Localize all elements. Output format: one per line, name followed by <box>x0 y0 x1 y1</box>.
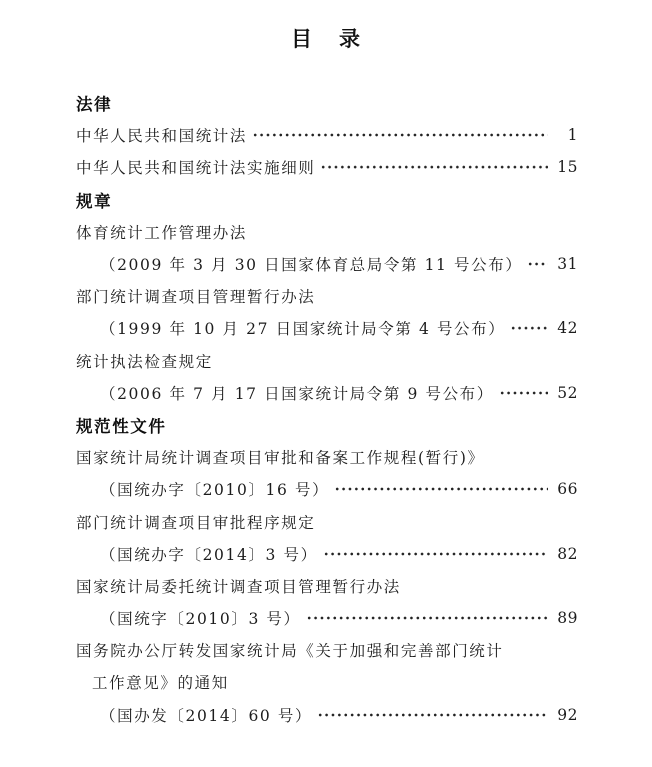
toc-entry-line: （国统字〔2010〕3 号）89 <box>76 602 578 634</box>
toc-entry-line: 工作意见》的通知 <box>76 666 578 698</box>
page-number: 92 <box>556 706 578 724</box>
toc-entry-line: 中华人民共和国统计法1 <box>76 119 578 151</box>
page-number: 52 <box>556 384 578 402</box>
toc-entry-line: （2009 年 3 月 30 日国家体育总局令第 11 号公布）31 <box>76 248 578 280</box>
toc-entry-line: 中华人民共和国统计法实施细则15 <box>76 151 578 183</box>
dotted-leader <box>306 602 548 634</box>
toc-entry-line: （国办发〔2014〕60 号）92 <box>76 699 578 731</box>
page-number: 82 <box>556 545 578 563</box>
dotted-leader <box>320 151 548 183</box>
entry-text: （2009 年 3 月 30 日国家体育总局令第 11 号公布） <box>76 253 522 275</box>
entry-text: （2006 年 7 月 17 日国家统计局令第 9 号公布） <box>76 382 494 404</box>
entry-text: 中华人民共和国统计法 <box>76 124 247 146</box>
toc-entry-line: 统计执法检查规定 <box>76 345 578 377</box>
section-heading-label: 规章 <box>76 188 112 212</box>
entry-text: 国家统计局委托统计调查项目管理暂行办法 <box>76 575 401 597</box>
document-page: 目 录 法律中华人民共和国统计法1中华人民共和国统计法实施细则15规章体育统计工… <box>0 0 652 767</box>
entry-text: 国家统计局统计调查项目审批和备案工作规程(暂行)》 <box>76 446 485 468</box>
dotted-leader <box>334 473 548 505</box>
dotted-leader <box>527 248 548 280</box>
toc-section-heading: 规章 <box>76 184 578 216</box>
entry-text: 统计执法检查规定 <box>76 350 213 372</box>
dotted-leader <box>510 312 548 344</box>
entry-text: 中华人民共和国统计法实施细则 <box>76 156 315 178</box>
entry-text: 工作意见》的通知 <box>76 671 229 693</box>
entry-text: （国统办字〔2014〕3 号） <box>76 543 318 565</box>
entry-text: 部门统计调查项目审批程序规定 <box>76 511 315 533</box>
toc-entry-line: 国家统计局委托统计调查项目管理暂行办法 <box>76 570 578 602</box>
page-number: 31 <box>556 255 578 273</box>
toc-entry-line: （国统办字〔2014〕3 号）82 <box>76 538 578 570</box>
dotted-leader <box>323 538 548 570</box>
section-heading-label: 法律 <box>76 91 112 115</box>
toc-entry-line: 国家统计局统计调查项目审批和备案工作规程(暂行)》 <box>76 441 578 473</box>
entry-text: （1999 年 10 月 27 日国家统计局令第 4 号公布） <box>76 317 505 339</box>
page-number: 1 <box>556 126 578 144</box>
toc-entry-line: 国务院办公厅转发国家统计局《关于加强和完善部门统计 <box>76 634 578 666</box>
page-number: 42 <box>556 319 578 337</box>
toc-entry-line: （国统办字〔2010〕16 号）66 <box>76 473 578 505</box>
entry-text: 体育统计工作管理办法 <box>76 221 247 243</box>
toc-entry-line: 部门统计调查项目管理暂行办法 <box>76 280 578 312</box>
dotted-leader <box>317 699 548 731</box>
page-number: 89 <box>556 609 578 627</box>
section-heading-label: 规范性文件 <box>76 413 167 437</box>
page-number: 66 <box>556 480 578 498</box>
entry-text: 国务院办公厅转发国家统计局《关于加强和完善部门统计 <box>76 639 504 661</box>
entry-text: 部门统计调查项目管理暂行办法 <box>76 285 315 307</box>
page-title: 目 录 <box>76 24 578 54</box>
dotted-leader <box>252 119 548 151</box>
toc-entry-line: （1999 年 10 月 27 日国家统计局令第 4 号公布）42 <box>76 312 578 344</box>
entry-text: （国统办字〔2010〕16 号） <box>76 478 329 500</box>
toc-section-heading: 规范性文件 <box>76 409 578 441</box>
toc-section-heading: 法律 <box>76 87 578 119</box>
page-number: 15 <box>556 158 578 176</box>
toc-list: 法律中华人民共和国统计法1中华人民共和国统计法实施细则15规章体育统计工作管理办… <box>76 87 578 731</box>
entry-text: （国统字〔2010〕3 号） <box>76 607 301 629</box>
toc-entry-line: （2006 年 7 月 17 日国家统计局令第 9 号公布）52 <box>76 377 578 409</box>
entry-text: （国办发〔2014〕60 号） <box>76 704 312 726</box>
toc-entry-line: 部门统计调查项目审批程序规定 <box>76 505 578 537</box>
dotted-leader <box>499 377 548 409</box>
toc-entry-line: 体育统计工作管理办法 <box>76 216 578 248</box>
